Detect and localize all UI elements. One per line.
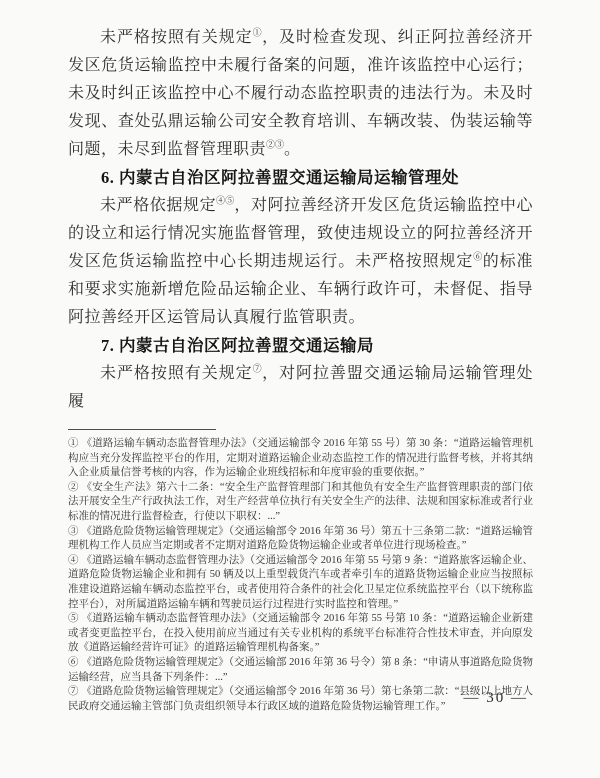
footnote-marker: ⑥ bbox=[68, 657, 82, 668]
footnote-text: 《道路运输车辆动态监督管理办法》（交通运输部令 2016 年第 55 号）第 3… bbox=[68, 438, 533, 478]
footnote-marker: ① bbox=[68, 438, 82, 449]
footnote-marker: ③ bbox=[68, 526, 82, 537]
section-heading: 6. 内蒙古自治区阿拉善盟交通运输局运输管理处 bbox=[68, 164, 533, 192]
footnotes-section: ①《道路运输车辆动态监督管理办法》（交通运输部令 2016 年第 55 号）第 … bbox=[68, 437, 533, 714]
section-heading: 7. 内蒙古自治区阿拉善盟交通运输局 bbox=[68, 332, 533, 360]
footnote-item: ②《安全生产法》第六十二条：“安全生产监督管理部门和其他负有安全生产监督管理职责… bbox=[68, 481, 533, 525]
footnote-text: 《道路运输车辆动态监督管理办法》（交通运输部令 2016 年第 55 号第 10… bbox=[68, 613, 533, 653]
page-number: — 30 — bbox=[464, 690, 529, 707]
body-paragraph: 未严格按照有关规定⑦，对阿拉善盟交通运输局运输管理处履 bbox=[68, 360, 533, 416]
footnote-ref: ④⑤ bbox=[216, 196, 234, 206]
footnote-text: 《道路危险货物运输管理规定》（交通运输部令 2016 年第 36 号）第五十三条… bbox=[68, 526, 533, 552]
footnote-divider bbox=[68, 429, 216, 430]
footnote-item: ④《道路运输车辆动态监督管理办法》（交通运输部令 2016 年第 55 号第 9… bbox=[68, 554, 533, 612]
body-paragraph: 未严格依据规定④⑤，对阿拉善经济开发区危货运输监控中心的设立和运行情况实施监督管… bbox=[68, 192, 533, 332]
footnote-ref: ⑦ bbox=[253, 364, 262, 374]
footnote-ref: ⑥ bbox=[473, 252, 482, 262]
footnote-ref: ②③ bbox=[266, 140, 284, 150]
footnote-ref: ① bbox=[253, 28, 262, 38]
document-page: 未严格按照有关规定①，及时检查发现、纠正阿拉善经济开发区危货运输监控中未履行备案… bbox=[0, 0, 600, 778]
footnote-item: ③《道路危险货物运输管理规定》（交通运输部令 2016 年第 36 号）第五十三… bbox=[68, 525, 533, 554]
footnote-text: 《道路运输车辆动态监督管理办法》（交通运输部令 2016 年第 55 号第 9 … bbox=[68, 555, 533, 610]
footnote-item: ⑤《道路运输车辆动态监督管理办法》（交通运输部令 2016 年第 55 号第 1… bbox=[68, 612, 533, 656]
footnote-marker: ⑤ bbox=[68, 613, 82, 624]
footnote-marker: ④ bbox=[68, 555, 82, 566]
footnote-marker: ② bbox=[68, 482, 82, 493]
footnote-text: 《安全生产法》第六十二条：“安全生产监督管理部门和其他负有安全生产监督管理职责的… bbox=[68, 482, 533, 522]
footnote-item: ⑥《道路危险货物运输管理规定》（交通运输部 2016 年第 36 号令）第 8 … bbox=[68, 656, 533, 685]
footnote-item: ①《道路运输车辆动态监督管理办法》（交通运输部令 2016 年第 55 号）第 … bbox=[68, 437, 533, 481]
body-paragraph: 未严格按照有关规定①，及时检查发现、纠正阿拉善经济开发区危货运输监控中未履行备案… bbox=[68, 24, 533, 164]
footnote-marker: ⑦ bbox=[68, 686, 82, 697]
body-text-column: 未严格按照有关规定①，及时检查发现、纠正阿拉善经济开发区危货运输监控中未履行备案… bbox=[68, 24, 533, 714]
body-blocks: 未严格按照有关规定①，及时检查发现、纠正阿拉善经济开发区危货运输监控中未履行备案… bbox=[68, 24, 533, 416]
footnote-text: 《道路危险货物运输管理规定》（交通运输部 2016 年第 36 号令）第 8 条… bbox=[68, 657, 533, 683]
